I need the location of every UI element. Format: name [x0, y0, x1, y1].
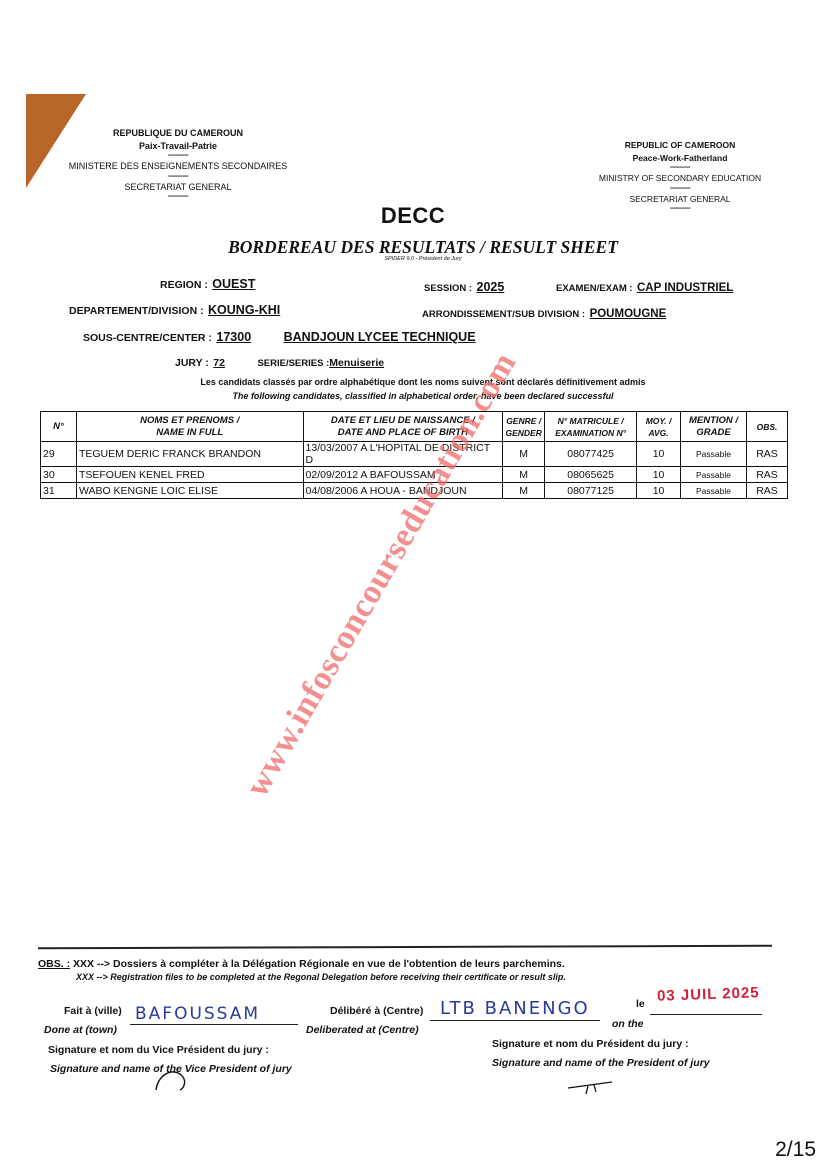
cell-birth: 02/09/2012 A BAFOUSSAM [303, 467, 503, 483]
header-right: REPUBLIC OF CAMEROON Peace-Work-Fatherla… [580, 139, 780, 213]
vice-president-label-fr: Signature et nom du Vice Président du ju… [48, 1044, 269, 1056]
center-code: 17300 [216, 330, 251, 344]
president-label-fr: Signature et nom du Président du jury : [492, 1038, 689, 1050]
cell-gender: M [503, 483, 545, 499]
table-row: 29 TEGUEM DERIC FRANCK BRANDON 13/03/200… [41, 442, 788, 467]
obs-label: OBS. : [38, 958, 70, 970]
cell-number: 30 [41, 467, 77, 483]
cell-number: 29 [41, 442, 77, 467]
cell-matricule: 08077425 [545, 442, 637, 467]
deliberated-label-en: Deliberated at (Centre) [306, 1024, 419, 1036]
ministry-fr: MINISTERE DES ENSEIGNEMENTS SECONDAIRES [26, 160, 330, 173]
done-at-label-en: Done at (town) [44, 1024, 117, 1036]
cell-birth: 04/08/2006 A HOUA - BANDJOUN [303, 483, 503, 499]
subdivision-value: POUMOUGNE [590, 308, 667, 320]
obs-fr-text: XXX --> Dossiers à compléter à la Déléga… [73, 958, 565, 970]
cell-obs: RAS [746, 442, 787, 467]
subdivision-label: ARRONDISSEMENT/SUB DIVISION : [422, 309, 585, 320]
note-fr: Les candidats classés par ordre alphabét… [0, 377, 826, 387]
president-signature-icon [566, 1080, 616, 1094]
separator: ----------- [580, 164, 780, 172]
session-field: SESSION : 2025 [424, 278, 504, 296]
date-label-fr: le [636, 998, 645, 1010]
exam-field: EXAMEN/EXAM : CAP INDUSTRIEL [556, 278, 733, 296]
vice-president-signature-icon [150, 1066, 194, 1092]
region-value: OUEST [212, 277, 255, 291]
cell-matricule: 08077125 [545, 483, 637, 499]
table-header-row: N° NOMS ET PRENOMS /NAME IN FULL DATE ET… [41, 412, 788, 442]
country-en: REPUBLIC OF CAMEROON [580, 139, 780, 152]
cell-gender: M [503, 442, 545, 467]
series-value: Menuiserie [329, 357, 384, 369]
date-label-en: on the [612, 1018, 644, 1030]
cell-obs: RAS [746, 483, 787, 499]
cell-grade: Passable [681, 467, 747, 483]
cell-number: 31 [41, 483, 77, 499]
note-en: The following candidates, classified in … [0, 391, 826, 401]
cell-gender: M [503, 467, 545, 483]
col-header-grade: MENTION /GRADE [681, 412, 747, 442]
org-title: DECC [0, 203, 826, 229]
division-label: DEPARTEMENT/DIVISION : [69, 305, 204, 317]
date-stamp: 03 JUIL 2025 [657, 984, 760, 1005]
deliberated-value: LTB BANENGO [440, 998, 590, 1019]
region-label: REGION : [160, 279, 208, 291]
cell-name: WABO KENGNE LOIC ELISE [76, 483, 303, 499]
subdivision-field: ARRONDISSEMENT/SUB DIVISION : POUMOUGNE [422, 304, 666, 322]
separator: ----------- [60, 152, 296, 160]
secretariat-fr: SECRETARIAT GENERAL [60, 181, 296, 194]
col-header-obs: OBS. [746, 412, 787, 442]
jury-field: JURY : 72 SERIE/SERIES :Menuiserie [175, 353, 384, 371]
done-at-label-fr: Fait à (ville) [64, 1005, 122, 1017]
col-header-gender: GENRE /GENDER [503, 412, 545, 442]
series-label: SERIE/SERIES : [257, 358, 329, 369]
col-header-number: N° [41, 412, 77, 442]
motto-en: Peace-Work-Fatherland [580, 152, 780, 165]
cell-grade: Passable [681, 442, 747, 467]
ministry-en: MINISTRY OF SECONDARY EDUCATION [570, 172, 790, 185]
separator: ----------- [580, 185, 780, 193]
cell-name: TSEFOUEN KENEL FRED [76, 467, 303, 483]
cell-name: TEGUEM DERIC FRANCK BRANDON [76, 442, 303, 467]
done-at-value: BAFOUSSAM [135, 1004, 260, 1024]
col-header-matricule: N° MATRICULE /EXAMINATION N° [545, 412, 637, 442]
separator: ----------- [60, 173, 296, 181]
col-header-name: NOMS ET PRENOMS /NAME IN FULL [76, 412, 303, 442]
done-at-line [130, 1024, 298, 1025]
motto-fr: Paix-Travail-Patrie [60, 140, 296, 153]
deliberated-line [430, 1020, 600, 1021]
divider [38, 945, 772, 950]
cell-avg: 10 [637, 483, 681, 499]
president-label-en: Signature and name of the President of j… [492, 1057, 710, 1069]
cell-obs: RAS [746, 467, 787, 483]
region-field: REGION : OUEST [160, 275, 255, 293]
center-label: SOUS-CENTRE/CENTER : [83, 332, 212, 344]
jury-label: JURY : [175, 357, 209, 369]
document-subtitle: SPIDER 9.0 - Président de Jury [0, 256, 826, 262]
deliberated-label-fr: Délibéré à (Centre) [330, 1005, 423, 1017]
center-name: BANDJOUN LYCEE TECHNIQUE [284, 330, 476, 344]
document-title: BORDEREAU DES RESULTATS / RESULT SHEET [0, 237, 826, 258]
jury-value: 72 [213, 357, 225, 369]
obs-en: XXX --> Registration files to be complet… [76, 972, 566, 982]
header-left: REPUBLIQUE DU CAMEROUN Paix-Travail-Patr… [60, 127, 296, 201]
session-label: SESSION : [424, 283, 472, 294]
col-header-avg: MOY. /AVG. [637, 412, 681, 442]
separator: ----------- [60, 193, 296, 201]
center-field: SOUS-CENTRE/CENTER : 17300 BANDJOUN LYCE… [83, 328, 476, 346]
cell-avg: 10 [637, 467, 681, 483]
cell-avg: 10 [637, 442, 681, 467]
country-fr: REPUBLIQUE DU CAMEROUN [60, 127, 296, 140]
exam-label: EXAMEN/EXAM : [556, 283, 633, 294]
obs-fr: OBS. : XXX --> Dossiers à compléter à la… [38, 958, 565, 970]
division-field: DEPARTEMENT/DIVISION : KOUNG-KHI [69, 301, 280, 319]
division-value: KOUNG-KHI [208, 303, 280, 317]
date-line [650, 1014, 762, 1015]
page-number: 2/15 [775, 1138, 816, 1162]
exam-value: CAP INDUSTRIEL [637, 282, 733, 294]
session-value: 2025 [477, 280, 505, 294]
cell-grade: Passable [681, 483, 747, 499]
cell-matricule: 08065625 [545, 467, 637, 483]
